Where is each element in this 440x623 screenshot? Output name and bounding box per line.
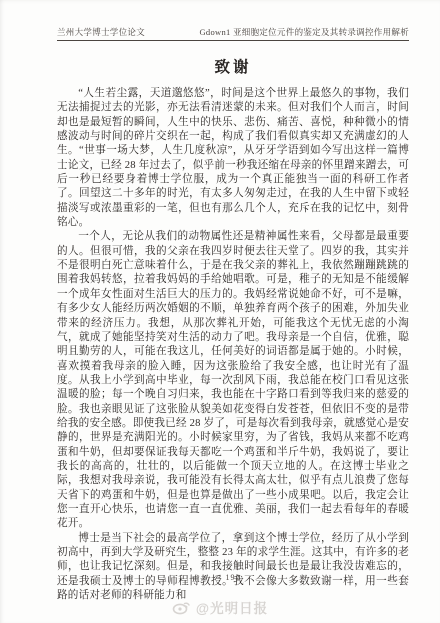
page-content: 兰州大学博士学位论文 Gdown1 亚细胞定位元件的鉴定及其转录调控作用解析 致… [57, 0, 409, 603]
page-title: 致谢 [57, 55, 409, 77]
watermark-text: @光明日报 [196, 597, 268, 617]
paragraph-2: 一个人，无论从我们的动物属性还是精神属性来看，父母都是最重要的人。但很可惜，我的… [57, 230, 409, 531]
header-rule [57, 40, 409, 41]
page-header: 兰州大学博士学位论文 Gdown1 亚细胞定位元件的鉴定及其转录调控作用解析 [57, 0, 409, 37]
weibo-icon [172, 599, 191, 615]
header-right-text: Gdown1 亚细胞定位元件的鉴定及其转录调控作用解析 [199, 27, 409, 37]
header-left-text: 兰州大学博士学位论文 [57, 27, 145, 37]
page-number: 192 [57, 573, 409, 582]
acknowledgement-body: “人生若尘露，天道邈悠悠”，时间是这个世界上最悠久的事物，我们无法捕捉过去的光影… [57, 87, 409, 603]
paragraph-3: 博士是当下社会的最高学位了，拿到这个博士学位，经历了从小学到初高中，再到大学及研… [57, 532, 409, 604]
paragraph-1: “人生若尘露，天道邈悠悠”，时间是这个世界上最悠久的事物，我们无法捕捉过去的光影… [57, 87, 409, 230]
thesis-page: 兰州大学博士学位论文 Gdown1 亚细胞定位元件的鉴定及其转录调控作用解析 致… [0, 0, 440, 623]
watermark: @光明日报 [0, 597, 440, 617]
